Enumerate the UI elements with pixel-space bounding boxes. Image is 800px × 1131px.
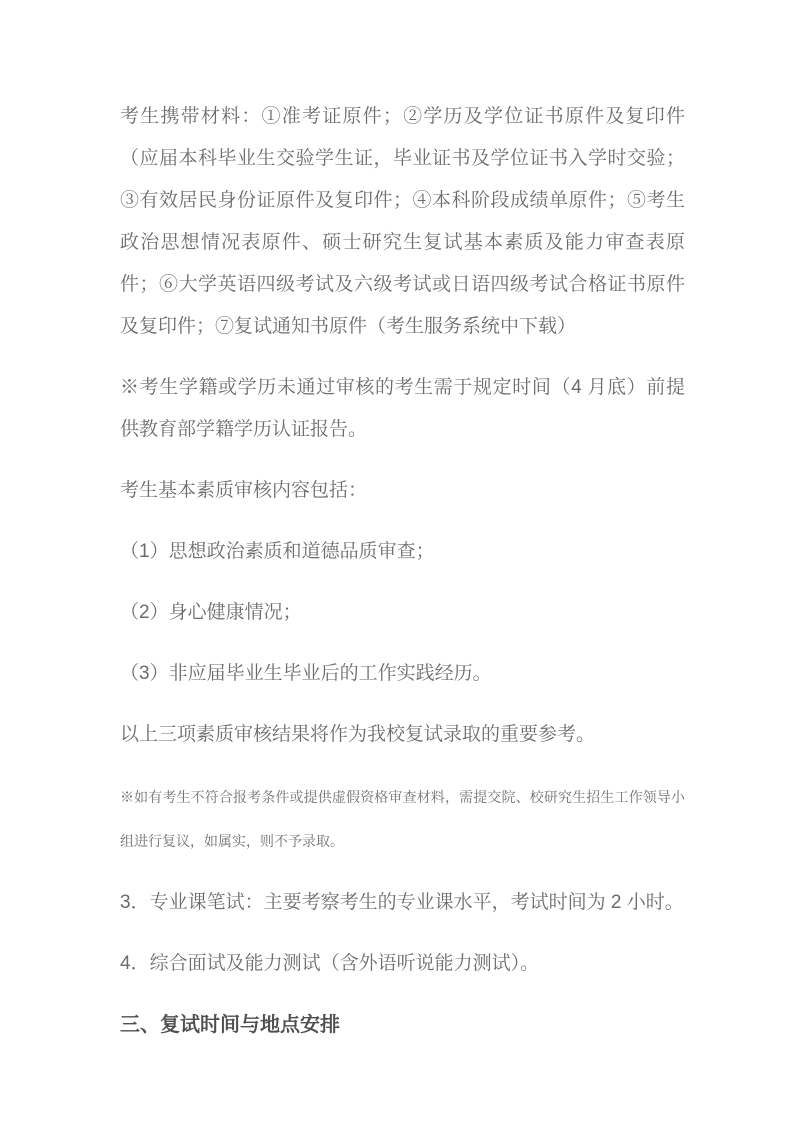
section-heading-retest-time-location: 三、复试时间与地点安排 (120, 1004, 685, 1046)
document-page: 考生携带材料：①准考证原件；②学历及学位证书原件及复印件（应届本科毕业生交验学生… (0, 0, 800, 1131)
paragraph-item4-interview-test: 4．综合面试及能力测试（含外语听说能力测试）。 (120, 943, 685, 985)
paragraph-candidate-materials: 考生携带材料：①准考证原件；②学历及学位证书原件及复印件（应届本科毕业生交验学生… (120, 96, 685, 348)
paragraph-review-result-reference: 以上三项素质审核结果将作为我校复试录取的重要参考。 (120, 714, 685, 756)
list-item-political-moral-review: （1）思想政治素质和道德品质审查； (120, 531, 685, 573)
list-item-health-condition: （2）身心健康情况； (120, 592, 685, 634)
paragraph-quality-review-intro: 考生基本素质审核内容包括： (120, 470, 685, 512)
note-certification-deadline: ※考生学籍或学历未通过审核的考生需于规定时间（4 月底）前提供教育部学籍学历认证… (120, 367, 685, 451)
list-item-work-experience: （3）非应届毕业生毕业后的工作实践经历。 (120, 653, 685, 695)
paragraph-item3-written-test: 3．专业课笔试：主要考察考生的专业课水平，考试时间为 2 小时。 (120, 882, 685, 924)
note-false-materials-warning: ※如有考生不符合报考条件或提供虚假资格审查材料，需提交院、校研究生招生工作领导小… (120, 775, 685, 863)
article-body: 考生携带材料：①准考证原件；②学历及学位证书原件及复印件（应届本科毕业生交验学生… (120, 96, 685, 1065)
